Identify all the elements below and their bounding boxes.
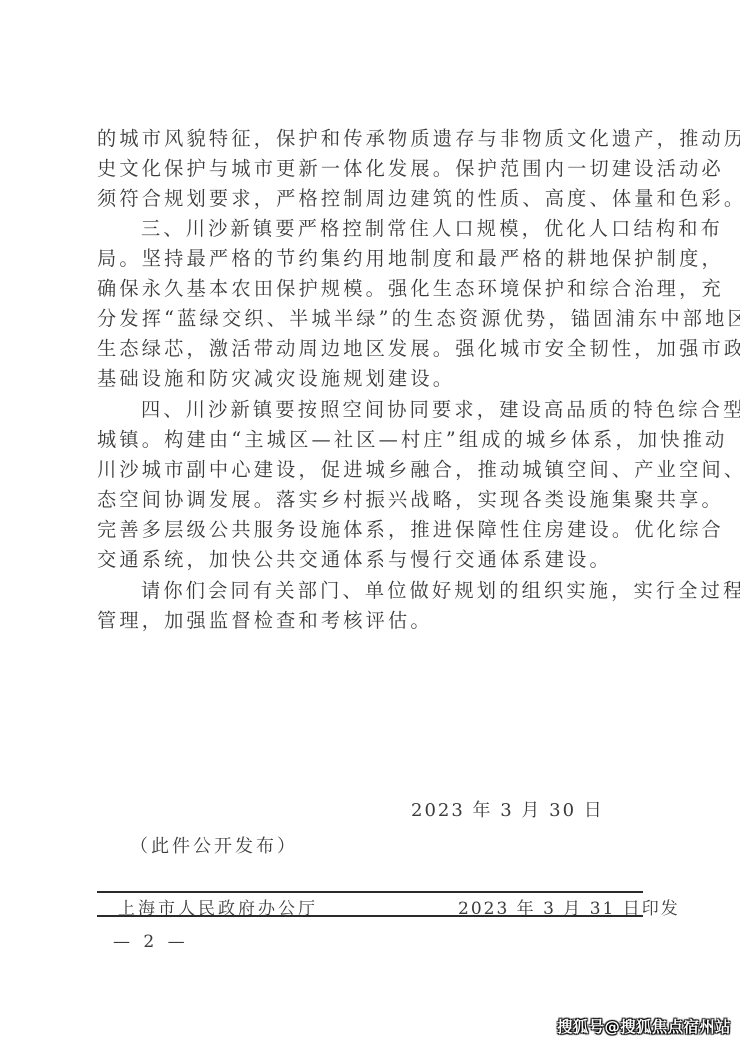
text-line: 三、川沙新镇要严格控制常住人口规模，优化人口结构和布 bbox=[97, 214, 645, 244]
paragraph-population: 三、川沙新镇要严格控制常住人口规模，优化人口结构和布 局。坚持最严格的节约集约用… bbox=[97, 214, 645, 394]
text-line: 史文化保护与城市更新一体化发展。保护范围内一切建设活动必 bbox=[97, 154, 645, 184]
text-line: 分发挥“蓝绿交织、半城半绿”的生态资源优势，锚固浦东中部地区 bbox=[97, 304, 645, 334]
text-line: 请你们会同有关部门、单位做好规划的组织实施，实行全过程 bbox=[97, 576, 645, 606]
public-notice: （此件公开发布） bbox=[130, 832, 298, 858]
text-line: 完善多层级公共服务设施体系，推进保障性住房建设。优化综合 bbox=[97, 515, 645, 545]
paragraph-implementation: 请你们会同有关部门、单位做好规划的组织实施，实行全过程 管理，加强监督检查和考核… bbox=[97, 576, 645, 636]
text-line: 局。坚持最严格的节约集约用地制度和最严格的耕地保护制度， bbox=[97, 244, 645, 274]
text-line: 生态绿芯，激活带动周边地区发展。强化城市安全韧性，加强市政 bbox=[97, 334, 645, 364]
text-line: 城镇。构建由“主城区—社区—村庄”组成的城乡体系，加快推动 bbox=[97, 425, 645, 455]
text-line: 确保永久基本农田保护规模。强化生态环境保护和综合治理，充 bbox=[97, 274, 645, 304]
text-line: 管理，加强监督检查和考核评估。 bbox=[97, 606, 645, 636]
document-page: 的城市风貌特征，保护和传承物质遗存与非物质文化遗产，推动历 史文化保护与城市更新… bbox=[0, 0, 740, 1046]
footer-top-rule bbox=[97, 891, 643, 893]
text-line: 态空间协调发展。落实乡村振兴战略，实现各类设施集聚共享。 bbox=[97, 485, 645, 515]
footer-bottom-rule bbox=[97, 915, 643, 917]
text-line: 川沙城市副中心建设，促进城乡融合，推动城镇空间、产业空间、生 bbox=[97, 455, 645, 485]
paragraph-spatial: 四、川沙新镇要按照空间协同要求，建设高品质的特色综合型 城镇。构建由“主城区—社… bbox=[97, 395, 645, 575]
text-line: 基础设施和防灾减灾设施规划建设。 bbox=[97, 364, 645, 394]
text-line: 的城市风貌特征，保护和传承物质遗存与非物质文化遗产，推动历 bbox=[97, 124, 645, 154]
paragraph-heritage: 的城市风貌特征，保护和传承物质遗存与非物质文化遗产，推动历 史文化保护与城市更新… bbox=[97, 124, 645, 214]
text-line: 四、川沙新镇要按照空间协同要求，建设高品质的特色综合型 bbox=[97, 395, 645, 425]
signature-date: 2023 年 3 月 30 日 bbox=[411, 796, 604, 822]
page-number: — 2 — bbox=[113, 932, 189, 952]
text-line: 须符合规划要求，严格控制周边建筑的性质、高度、体量和色彩。 bbox=[97, 184, 645, 214]
watermark: 搜狐号@搜狐焦点宿州站 bbox=[557, 1015, 731, 1037]
text-line: 交通系统，加快公共交通体系与慢行交通体系建设。 bbox=[97, 545, 645, 575]
